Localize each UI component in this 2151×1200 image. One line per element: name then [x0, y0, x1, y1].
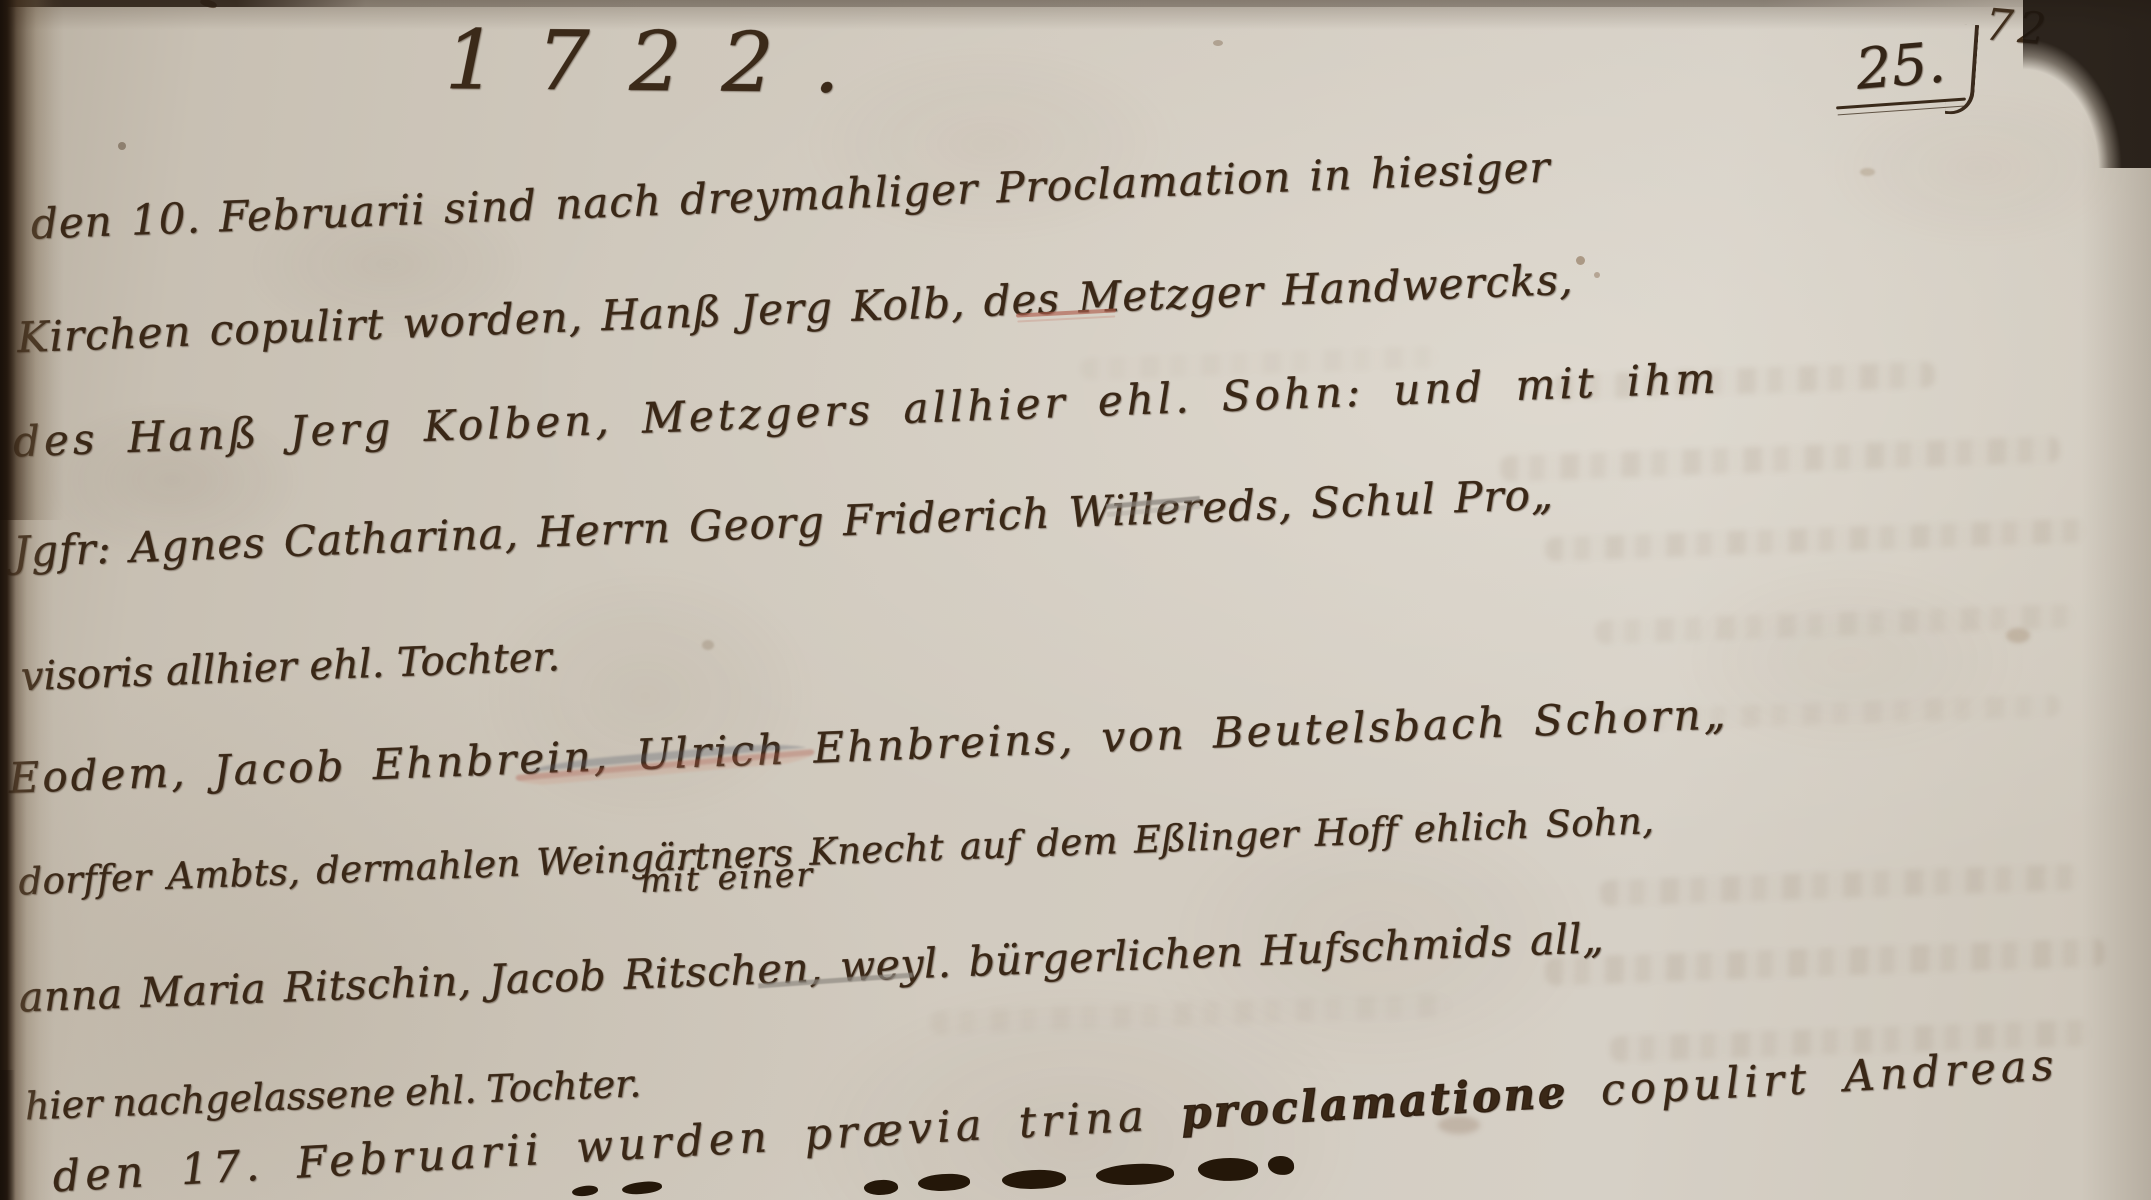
manuscript-line: Jgfr: Agnes Catharina, Herrn Georg Fride… [12, 474, 1554, 574]
interlinear-insertion: mit einer [639, 858, 814, 898]
manuscript-line: anna Maria Ritschin, Jacob Ritschen, wey… [18, 918, 1604, 1018]
cutoff-letter-fragment [917, 1172, 970, 1193]
manuscript-line: des Hanß Jerg Kolben, Metzgers allhier e… [12, 357, 1720, 463]
manuscript-line: den 10. Februarii sind nach dreymahliger… [30, 147, 1551, 246]
manuscript-line: visoris allhier ehl. Tochter. [20, 637, 560, 697]
handwritten-text-block: den 10. Februarii sind nach dreymahliger… [0, 0, 2151, 1200]
page-top-edge [0, 0, 2151, 7]
cutoff-letter-fragment [1095, 1161, 1174, 1187]
emphasized-word: proclamatione [1180, 1068, 1570, 1140]
page-right-shadow [2081, 0, 2151, 1200]
cutoff-letter-fragment [621, 1179, 662, 1196]
cutoff-letter-fragment [1001, 1168, 1066, 1191]
cutoff-letter-fragment [571, 1184, 598, 1198]
manuscript-line: Kirchen copulirt worden, Hanß Jerg Kolb,… [16, 259, 1574, 359]
entry-number: 25. [1853, 30, 1947, 103]
page-bottom-left-edge [0, 1070, 15, 1200]
line-part: copulirt Andreas [1567, 1040, 2060, 1117]
cutoff-letter-fragment [1268, 1155, 1295, 1175]
cutoff-letter-fragment [863, 1178, 898, 1196]
manuscript-line: dorffer Ambts, dermahlen Weingärtners Kn… [18, 802, 1655, 900]
cutoff-letter-fragment [1197, 1156, 1258, 1182]
photo-background-corner [2023, 0, 2151, 168]
book-binding-edge-top [0, 0, 64, 520]
manuscript-line: Eodem, Jacob Ehnbrein, Ulrich Ehnbreins,… [8, 693, 1729, 800]
manuscript-page: 1722. den 10. Februarii sind nach dreyma… [0, 0, 2151, 1200]
manuscript-line: hier nachgelassene ehl. Tochter. [24, 1064, 642, 1125]
